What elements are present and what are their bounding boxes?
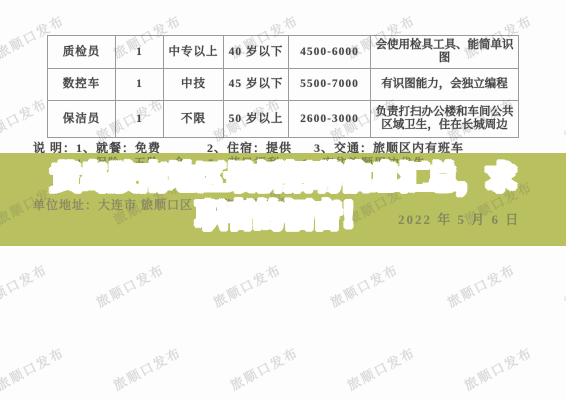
table-cell-count: 1 [116, 101, 164, 138]
watermark-text: 旅顺口发布 [226, 342, 301, 394]
watermark-text: 旅顺口发布 [560, 93, 566, 145]
watermark-text: 旅顺口发布 [326, 259, 401, 311]
table-cell-age: 40 岁以下 [224, 36, 289, 69]
table-cell-salary: 2600-3000 [289, 101, 371, 138]
headline-title: 黄岛胶南地区最新招聘信息汇总，求 职者的福音！ [0, 160, 566, 236]
watermark-text: 旅顺口发布 [209, 259, 284, 311]
table-cell-salary: 4500-6000 [289, 36, 371, 69]
headline-line1: 黄岛胶南地区最新招聘信息汇总，求 [0, 160, 566, 198]
table-cell-education: 中技 [164, 69, 224, 101]
headline-line2: 职者的福音！ [0, 198, 566, 236]
table-cell-education: 中专以上 [164, 36, 224, 69]
table-cell-note: 有识图能力，会独立编程 [371, 69, 519, 101]
table-cell-salary: 5500-7000 [289, 69, 371, 101]
watermark-text: 旅顺口发布 [92, 259, 167, 311]
table-cell-position: 保洁员 [48, 101, 116, 138]
job-table: 质检员 1 中专以上 40 岁以下 4500-6000 会使用检具工具、能简单识… [47, 35, 519, 138]
table-cell-count: 1 [116, 69, 164, 101]
watermark-text: 旅顺口发布 [0, 93, 51, 145]
table-cell-count: 1 [116, 36, 164, 69]
table-cell-age: 50 岁以上 [224, 101, 289, 138]
watermark-text: 旅顺口发布 [460, 342, 535, 394]
watermark-text: 旅顺口发布 [109, 342, 184, 394]
watermark-text: 旅顺口发布 [343, 342, 418, 394]
table-cell-note: 负责打扫办公楼和车间公共区域卫生，住在长城周边 [371, 101, 519, 138]
watermark-text: 旅顺口发布 [560, 259, 566, 311]
watermark-text: 旅顺口发布 [0, 342, 68, 394]
table-cell-note: 会使用检具工具、能简单识图 [371, 36, 519, 69]
recruitment-poster: 质检员 1 中专以上 40 岁以下 4500-6000 会使用检具工具、能简单识… [0, 0, 566, 400]
table-cell-age: 45 岁以下 [224, 69, 289, 101]
watermark-text: 旅顺口发布 [0, 259, 51, 311]
table-cell-education: 不限 [164, 101, 224, 138]
table-cell-position: 质检员 [48, 36, 116, 69]
watermark-text: 旅顺口发布 [443, 259, 518, 311]
table-cell-position: 数控车 [48, 69, 116, 101]
